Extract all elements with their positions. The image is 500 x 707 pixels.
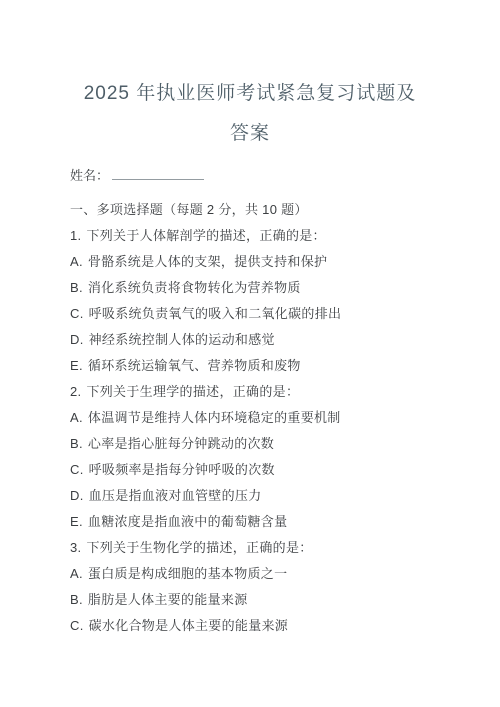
option-row: A.蛋白质是构成细胞的基本物质之一 <box>70 566 440 582</box>
option-text: 呼吸系统负责氧气的吸入和二氧化碳的排出 <box>89 306 342 321</box>
option-key: B. <box>70 592 83 608</box>
option-row: C.呼吸系统负责氧气的吸入和二氧化碳的排出 <box>70 306 440 322</box>
option-key: C. <box>70 462 84 478</box>
option-text: 蛋白质是构成细胞的基本物质之一 <box>88 566 288 581</box>
option-text: 脂肪是人体主要的能量来源 <box>88 592 248 607</box>
option-row: B.脂肪是人体主要的能量来源 <box>70 592 440 608</box>
option-row: A.体温调节是维持人体内环境稳定的重要机制 <box>70 410 440 426</box>
option-key: B. <box>70 436 83 452</box>
question-number: 1. <box>70 228 81 244</box>
option-text: 心率是指心脏每分钟跳动的次数 <box>88 436 274 451</box>
question-text: 下列关于人体解剖学的描述，正确的是： <box>86 228 325 243</box>
option-row: C.呼吸频率是指每分钟呼吸的次数 <box>70 462 440 478</box>
name-row: 姓名： <box>70 168 500 184</box>
question-text: 下列关于生理学的描述，正确的是： <box>86 384 299 399</box>
document-title-line-1: 2025 年执业医师考试紧急复习试题及 <box>0 74 500 114</box>
option-key: B. <box>70 280 83 296</box>
exam-document-page: 2025 年执业医师考试紧急复习试题及 答案 姓名： 一、多项选择题（每题 2 … <box>0 0 500 707</box>
option-key: C. <box>70 306 84 322</box>
option-key: D. <box>70 332 84 348</box>
option-text: 骨骼系统是人体的支架，提供支持和保护 <box>88 254 327 269</box>
question-stem: 3.下列关于生物化学的描述，正确的是： <box>70 540 440 556</box>
option-text: 循环系统运输氧气、营养物质和废物 <box>88 358 301 373</box>
option-row: B.心率是指心脏每分钟跳动的次数 <box>70 436 440 452</box>
option-text: 血糖浓度是指血液中的葡萄糖含量 <box>88 514 288 529</box>
question-list: 一、多项选择题（每题 2 分，共 10 题） 1.下列关于人体解剖学的描述，正确… <box>70 202 500 634</box>
question-number: 3. <box>70 540 81 556</box>
section-heading: 一、多项选择题（每题 2 分，共 10 题） <box>70 202 440 218</box>
option-key: D. <box>70 488 84 504</box>
option-key: E. <box>70 514 83 530</box>
option-key: A. <box>70 566 83 582</box>
option-row: D.神经系统控制人体的运动和感觉 <box>70 332 440 348</box>
question-number: 2. <box>70 384 81 400</box>
name-blank-line <box>112 168 204 180</box>
option-key: C. <box>70 618 84 634</box>
option-row: E.循环系统运输氧气、营养物质和废物 <box>70 358 440 374</box>
option-row: E.血糖浓度是指血液中的葡萄糖含量 <box>70 514 440 530</box>
question-stem: 2.下列关于生理学的描述，正确的是： <box>70 384 440 400</box>
option-row: A.骨骼系统是人体的支架，提供支持和保护 <box>70 254 440 270</box>
option-text: 血压是指血液对血管壁的压力 <box>89 488 262 503</box>
question-text: 下列关于生物化学的描述，正确的是： <box>86 540 312 555</box>
option-key: A. <box>70 254 83 270</box>
question-stem: 1.下列关于人体解剖学的描述，正确的是： <box>70 228 440 244</box>
option-text: 碳水化合物是人体主要的能量来源 <box>89 618 289 633</box>
option-key: E. <box>70 358 83 374</box>
name-label: 姓名： <box>70 168 109 183</box>
option-key: A. <box>70 410 83 426</box>
option-text: 体温调节是维持人体内环境稳定的重要机制 <box>88 410 341 425</box>
document-title: 2025 年执业医师考试紧急复习试题及 答案 <box>0 0 500 154</box>
option-text: 消化系统负责将食物转化为营养物质 <box>88 280 301 295</box>
document-title-line-2: 答案 <box>0 114 500 154</box>
option-row: C.碳水化合物是人体主要的能量来源 <box>70 618 440 634</box>
option-row: D.血压是指血液对血管壁的压力 <box>70 488 440 504</box>
option-row: B.消化系统负责将食物转化为营养物质 <box>70 280 440 296</box>
option-text: 呼吸频率是指每分钟呼吸的次数 <box>89 462 275 477</box>
option-text: 神经系统控制人体的运动和感觉 <box>89 332 275 347</box>
